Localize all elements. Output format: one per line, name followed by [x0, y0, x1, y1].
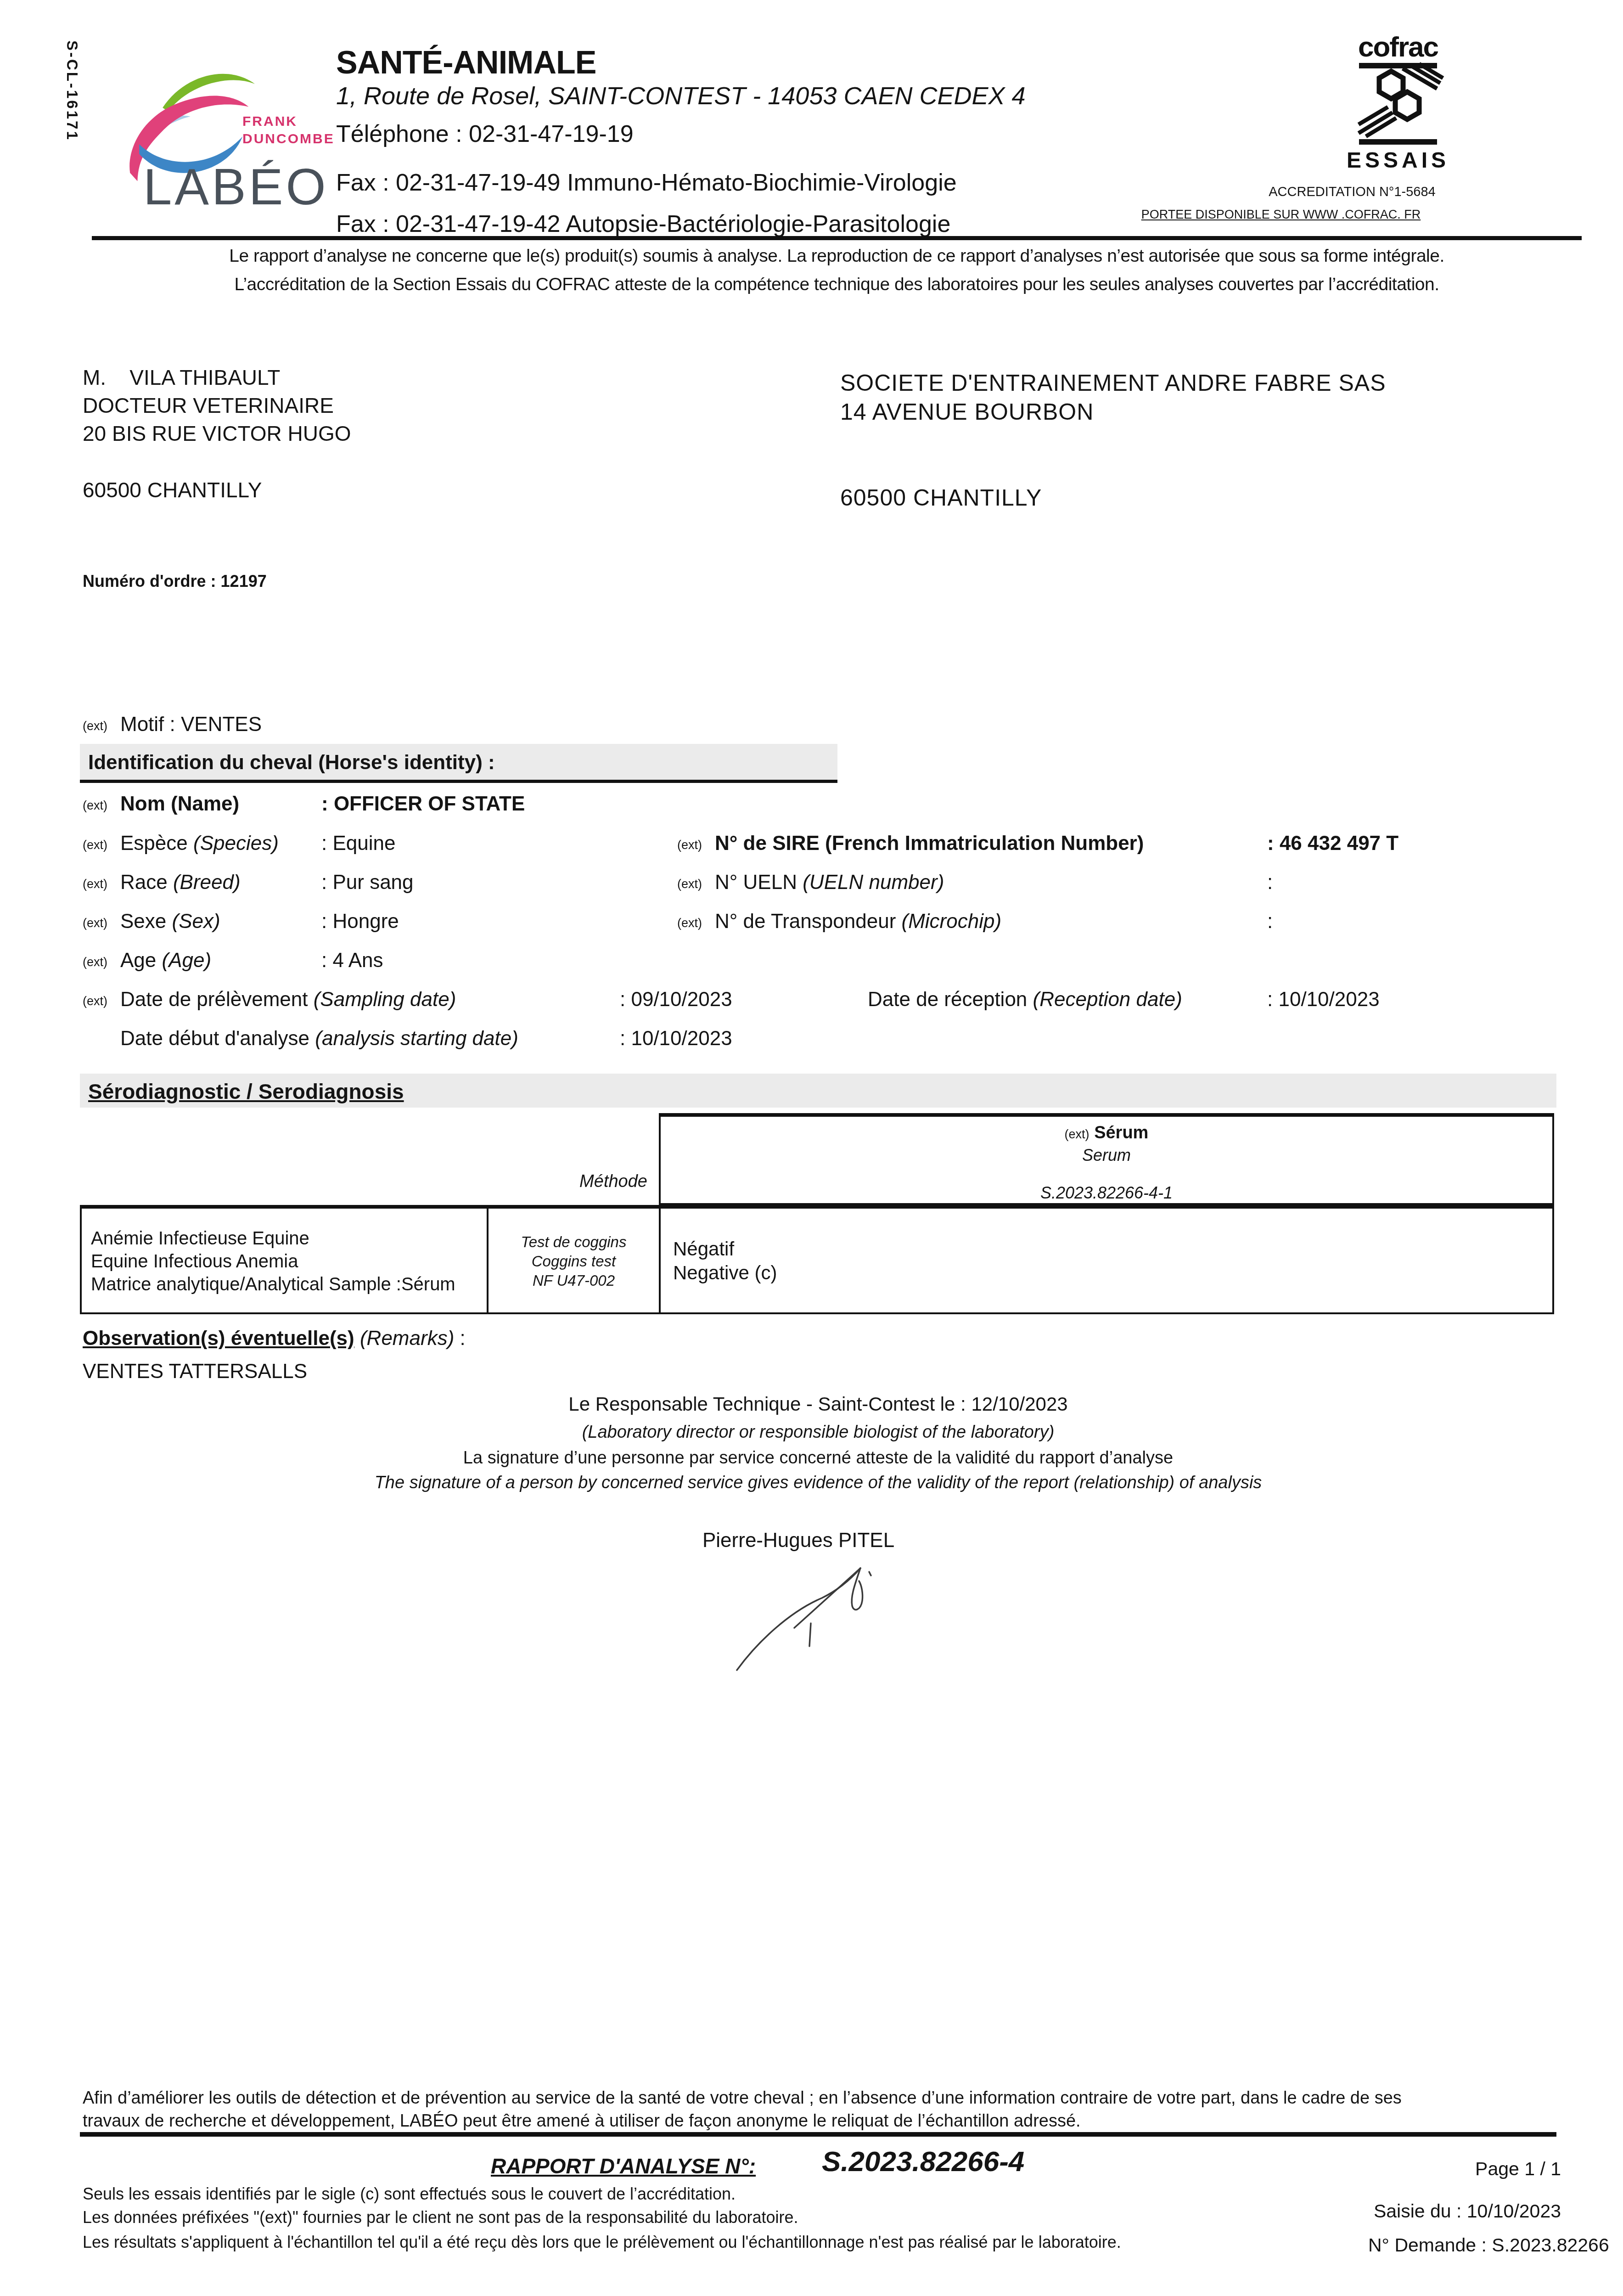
field-ueln-label-fr: N° UELN: [715, 871, 803, 894]
field-breed-value: : Pur sang: [321, 871, 414, 894]
demande-number: N° Demande : S.2023.82266: [1368, 2234, 1561, 2256]
identification-section-title: Identification du cheval (Horse's identi…: [88, 751, 495, 774]
field-name-value: : OFFICER OF STATE: [321, 793, 525, 816]
svg-text:cofrac: cofrac: [1358, 34, 1438, 63]
field-analysis-start-label-en: (analysis starting date): [315, 1027, 518, 1050]
field-sampling-label: Date de prélèvement (Sampling date): [120, 988, 456, 1011]
footer-note-3: Les résultats s'appliquent à l'échantill…: [83, 2233, 1121, 2252]
field-reception-label: Date de réception (Reception date): [868, 988, 1182, 1011]
ext-tag: (ext): [1065, 1127, 1089, 1141]
sample-id: S.2023.82266-4-1: [661, 1183, 1552, 1203]
ext-tag: (ext): [677, 877, 702, 891]
cofrac-logo: cofrac ESSAIS: [1343, 34, 1453, 181]
saisie-date: Saisie du : 10/10/2023: [1368, 2200, 1561, 2222]
sero-section-title: Sérodiagnostic / Serodiagnosis: [88, 1079, 404, 1104]
field-species-label-fr: Espèce: [120, 832, 193, 855]
motif: Motif : VENTES: [120, 713, 262, 736]
field-ueln-label-en: (UELN number): [803, 871, 944, 894]
lab-fax1: Fax : 02-31-47-19-49 Immuno-Hémato-Bioch…: [336, 169, 957, 197]
brand-frank: FRANK: [242, 114, 298, 129]
ext-tag: (ext): [83, 877, 107, 891]
result-fr: Négatif: [673, 1237, 777, 1261]
field-reception-label-fr: Date de réception: [868, 988, 1033, 1011]
field-ueln-label: N° UELN (UELN number): [715, 871, 944, 894]
field-reception-label-en: (Reception date): [1033, 988, 1182, 1011]
ext-tag: (ext): [83, 719, 107, 733]
ext-tag: (ext): [83, 916, 107, 930]
brand-labeo: LABÉO: [143, 157, 329, 216]
field-microchip-value: :: [1267, 910, 1273, 933]
signoff-line3: La signature d’une personne par service …: [80, 1448, 1556, 1468]
client-city: 60500 CHANTILLY: [840, 484, 1042, 511]
footer-note-2: Les données préfixées "(ext)" fournies p…: [83, 2208, 798, 2227]
research-note-1: Afin d’améliorer les outils de détection…: [83, 2088, 1402, 2108]
field-analysis-start-label: Date début d'analyse (analysis starting …: [120, 1027, 518, 1050]
field-sex-label: Sexe (Sex): [120, 910, 220, 933]
field-sire-value: : 46 432 497 T: [1267, 832, 1398, 855]
lab-fax2: Fax : 02-31-47-19-42 Autopsie-Bactériolo…: [336, 210, 950, 238]
signature-icon: [730, 1554, 886, 1678]
sample-name-en: Serum: [661, 1146, 1552, 1165]
ext-tag: (ext): [83, 799, 107, 813]
lab-address: 1, Route de Rosel, SAINT-CONTEST - 14053…: [336, 82, 1026, 110]
field-sampling-value: : 09/10/2023: [620, 988, 732, 1011]
client-street: 14 AVENUE BOURBON: [840, 399, 1094, 425]
remarks-label: Observation(s) éventuelle(s): [83, 1327, 354, 1350]
page-title: SANTÉ-ANIMALE: [336, 44, 596, 81]
result-cell: Négatif Negative (c): [673, 1237, 777, 1285]
field-sex-value: : Hongre: [321, 910, 399, 933]
field-breed-label: Race (Breed): [120, 871, 241, 894]
field-species-label: Espèce (Species): [120, 832, 279, 855]
ext-tag: (ext): [83, 994, 107, 1008]
field-breed-label-en: (Breed): [173, 871, 241, 894]
header-rule: [92, 236, 1582, 240]
cofrac-essais-icon: cofrac ESSAIS: [1343, 34, 1453, 181]
field-species-label-en: (Species): [193, 832, 279, 855]
signer-name: Pierre-Hugues PITEL: [702, 1529, 894, 1552]
ext-tag: (ext): [677, 838, 702, 852]
signoff-line4: The signature of a person by concerned s…: [80, 1473, 1556, 1493]
labeo-logo: FRANK DUNCOMBE LABÉO: [115, 73, 340, 225]
recipient-name: M. VILA THIBAULT: [83, 365, 280, 390]
recipient-city: 60500 CHANTILLY: [83, 478, 262, 502]
row-divider-2: [659, 1209, 661, 1312]
recipient-street: 20 BIS RUE VICTOR HUGO: [83, 421, 351, 446]
header-disclaimer-1: Le rapport d’analyse ne concerne que le(…: [92, 246, 1582, 266]
field-name-label: Nom (Name): [120, 793, 239, 816]
client-name: SOCIETE D'ENTRAINEMENT ANDRE FABRE SAS: [840, 370, 1386, 396]
field-microchip-label-en: (Microchip): [902, 910, 1002, 933]
remarks-colon: :: [454, 1327, 465, 1350]
field-microchip-label: N° de Transpondeur (Microchip): [715, 910, 1001, 933]
page-indicator: Page 1 / 1: [1368, 2158, 1561, 2180]
sample-name: Sérum: [1094, 1123, 1148, 1142]
field-sire-label: N° de SIRE (French Immatriculation Numbe…: [715, 832, 1144, 855]
field-sampling-label-en: (Sampling date): [314, 988, 456, 1011]
footer-rule: [80, 2132, 1556, 2137]
analyte-matrix: Matrice analytique/Analytical Sample :Sé…: [91, 1273, 455, 1296]
field-age-label-en: (Age): [162, 949, 212, 972]
method-fr: Test de coggins: [489, 1232, 659, 1252]
field-ueln-value: :: [1267, 871, 1273, 894]
report-number: S.2023.82266-4: [822, 2145, 1024, 2178]
signoff-line1: Le Responsable Technique - Saint-Contest…: [80, 1393, 1556, 1415]
analyte-cell: Anémie Infectieuse Equine Equine Infecti…: [91, 1227, 455, 1296]
research-note-2: travaux de recherche et développement, L…: [83, 2111, 1081, 2131]
field-reception-value: : 10/10/2023: [1267, 988, 1380, 1011]
order-number: Numéro d'ordre : 12197: [83, 572, 267, 591]
field-breed-label-fr: Race: [120, 871, 173, 894]
recipient-title: DOCTEUR VETERINAIRE: [83, 393, 334, 418]
result-row: Anémie Infectieuse Equine Equine Infecti…: [80, 1205, 1554, 1314]
document-code: S-CL-16171: [63, 40, 81, 141]
remarks-line: Observation(s) éventuelle(s) (Remarks) :: [83, 1327, 466, 1350]
sample-name-line: (ext) Sérum: [661, 1123, 1552, 1143]
signoff-line2: (Laboratory director or responsible biol…: [80, 1423, 1556, 1442]
ext-tag: (ext): [83, 838, 107, 852]
report-number-label: RAPPORT D'ANALYSE N°:: [491, 2154, 756, 2178]
method-en: Coggins test: [489, 1252, 659, 1271]
method-column-header: Méthode: [500, 1172, 647, 1192]
analyte-en: Equine Infectious Anemia: [91, 1250, 455, 1273]
analyte-fr: Anémie Infectieuse Equine: [91, 1227, 455, 1250]
header-disclaimer-2: L’accréditation de la Section Essais du …: [92, 275, 1582, 295]
field-microchip-label-fr: N° de Transpondeur: [715, 910, 902, 933]
field-sex-label-fr: Sexe: [120, 910, 172, 933]
svg-text:ESSAIS: ESSAIS: [1347, 148, 1449, 173]
method-norm: NF U47-002: [489, 1271, 659, 1290]
ext-tag: (ext): [677, 916, 702, 930]
lab-phone: Téléphone : 02-31-47-19-19: [336, 120, 634, 148]
brand-duncombe: DUNCOMBE: [242, 131, 335, 147]
method-cell: Test de coggins Coggins test NF U47-002: [489, 1232, 659, 1290]
field-sampling-label-fr: Date de prélèvement: [120, 988, 314, 1011]
field-age-label: Age (Age): [120, 949, 211, 972]
sample-header-cell: (ext) Sérum Serum S.2023.82266-4-1: [659, 1113, 1554, 1205]
footer-note-1: Seuls les essais identifiés par le sigle…: [83, 2184, 736, 2204]
cofrac-accreditation: ACCREDITATION N°1-5684: [1253, 185, 1451, 200]
field-age-label-fr: Age: [120, 949, 162, 972]
ext-tag: (ext): [83, 955, 107, 969]
remarks-value: VENTES TATTERSALLS: [83, 1360, 307, 1383]
field-sex-label-en: (Sex): [172, 910, 220, 933]
report-page: S-CL-16171 FRANK DUNCOMBE LABÉO SANTÉ-AN…: [0, 0, 1623, 2296]
field-species-value: : Equine: [321, 832, 395, 855]
result-en: Negative (c): [673, 1261, 777, 1285]
field-analysis-start-value: : 10/10/2023: [620, 1027, 732, 1050]
remarks-label-en: (Remarks): [354, 1327, 455, 1350]
field-age-value: : 4 Ans: [321, 949, 383, 972]
field-analysis-start-label-fr: Date début d'analyse: [120, 1027, 315, 1050]
cofrac-portee: PORTEE DISPONIBLE SUR WWW .COFRAC. FR: [1111, 208, 1451, 222]
